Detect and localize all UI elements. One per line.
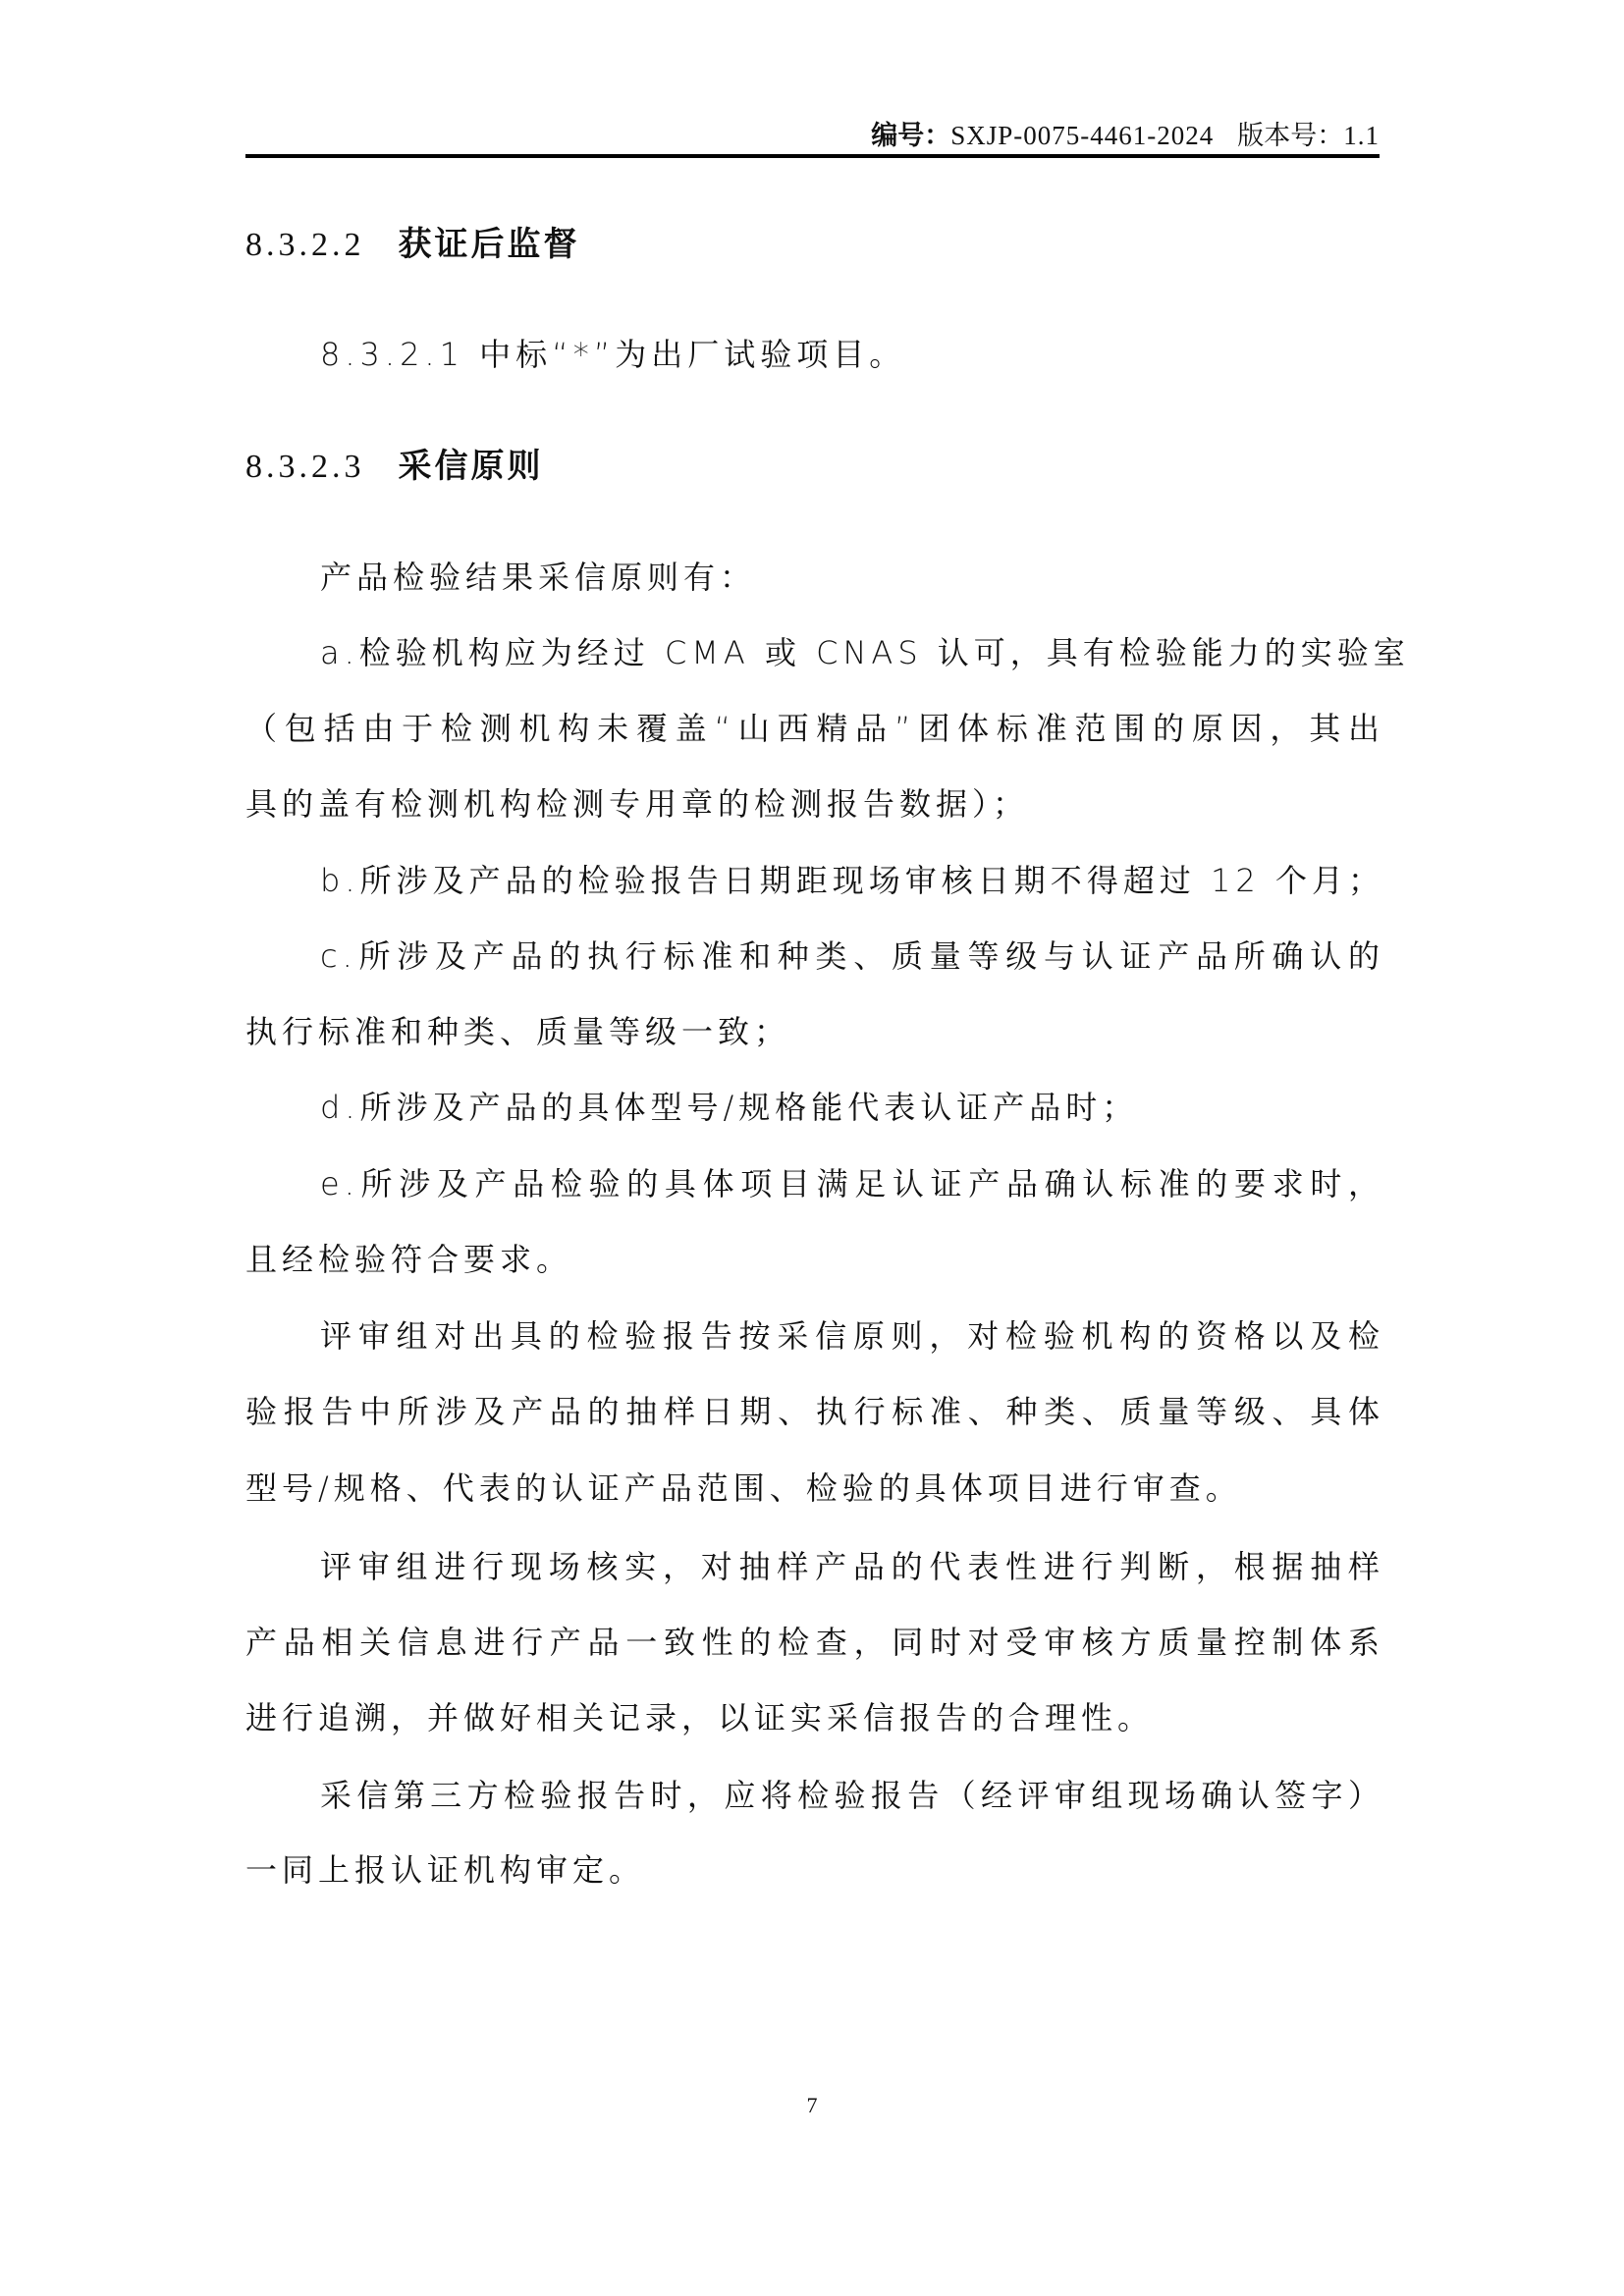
- section-heading-8-3-2-2: 8.3.2.2获证后监督: [245, 225, 580, 265]
- paragraph-line: 评审组进行现场核实，对抽样产品的代表性进行判断，根据抽样: [320, 1547, 1384, 1586]
- paragraph-line: 型号/规格、代表的认证产品范围、检验的具体项目进行审查。: [245, 1468, 1384, 1508]
- list-item-c: c.所涉及产品的执行标准和种类、质量等级与认证产品所确认的: [320, 936, 1384, 976]
- paragraph-line: （包括由于检测机构未覆盖“山西精品”团体标准范围的原因，其出: [245, 709, 1384, 748]
- document-page: 编号：SXJP-0075-4461-2024版本号：1.1 8.3.2.2获证后…: [0, 0, 1624, 2296]
- version-label: 版本号：: [1237, 121, 1343, 151]
- paragraph-line: 进行追溯，并做好相关记录，以证实采信报告的合理性。: [245, 1698, 1384, 1737]
- paragraph-line: 验报告中所涉及产品的抽样日期、执行标准、种类、质量等级、具体: [245, 1392, 1384, 1431]
- paragraph-line: 8.3.2.1 中标“*”为出厂试验项目。: [320, 335, 1384, 374]
- list-item-e: e.所涉及产品检验的具体项目满足认证产品确认标准的要求时，: [320, 1164, 1384, 1203]
- section-number: 8.3.2.2: [245, 227, 365, 263]
- list-item-d: d.所涉及产品的具体型号/规格能代表认证产品时；: [320, 1088, 1384, 1127]
- paragraph-line: 一同上报认证机构审定。: [245, 1850, 1384, 1890]
- doc-number-label: 编号：: [871, 121, 950, 151]
- header-rule: [245, 154, 1380, 158]
- paragraph-line: 产品相关信息进行产品一致性的检查，同时对受审核方质量控制体系: [245, 1623, 1384, 1662]
- list-item-b: b.所涉及产品的检验报告日期距现场审核日期不得超过 12 个月；: [320, 861, 1384, 900]
- doc-number-value: SXJP-0075-4461-2024: [950, 121, 1214, 150]
- section-number: 8.3.2.3: [245, 449, 365, 485]
- page-number: 7: [802, 2093, 822, 2118]
- section-heading-8-3-2-3: 8.3.2.3采信原则: [245, 447, 544, 487]
- paragraph-line: 产品检验结果采信原则有：: [320, 558, 1384, 597]
- version-value: 1.1: [1343, 121, 1380, 150]
- paragraph-line: 具的盖有检测机构检测专用章的检测报告数据）；: [245, 784, 1384, 824]
- paragraph-line: 采信第三方检验报告时，应将检验报告（经评审组现场确认签字）: [320, 1776, 1384, 1815]
- list-item-a: a.检验机构应为经过 CMA 或 CNAS 认可，具有检验能力的实验室: [320, 633, 1384, 672]
- section-title: 采信原则: [399, 447, 544, 486]
- paragraph-line: 评审组对出具的检验报告按采信原则，对检验机构的资格以及检: [320, 1316, 1384, 1356]
- paragraph-line: 执行标准和种类、质量等级一致；: [245, 1012, 1384, 1051]
- paragraph-line: 且经检验符合要求。: [245, 1240, 1384, 1279]
- section-title: 获证后监督: [399, 225, 580, 264]
- page-header: 编号：SXJP-0075-4461-2024版本号：1.1: [245, 116, 1380, 155]
